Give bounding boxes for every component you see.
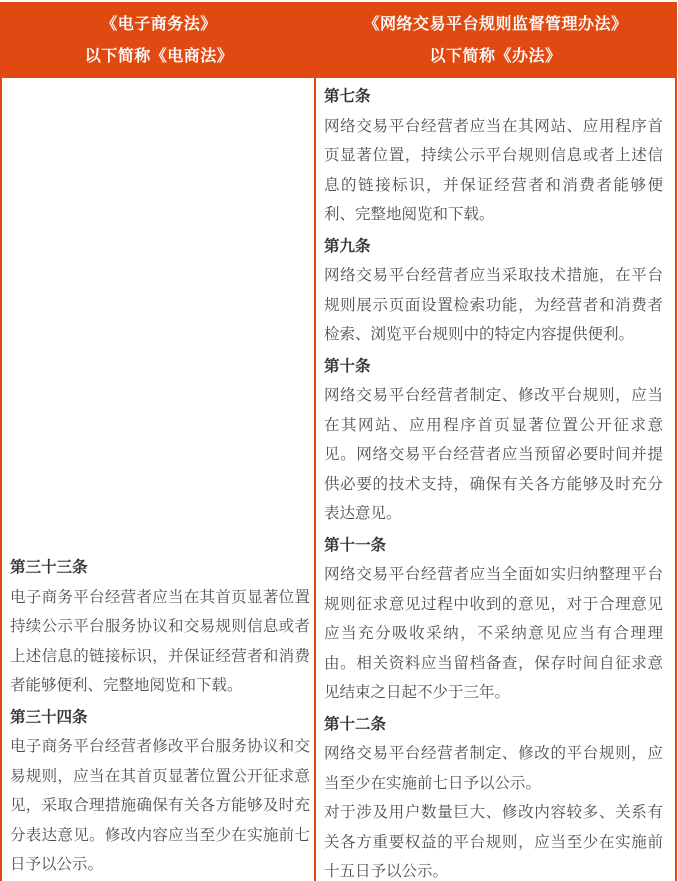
article-paragraph: 网络交易平台经营者应当在其网站、应用程序首页显著位置，持续公示平台规则信息或者上… [324,112,663,230]
article-paragraph: 电子商务平台经营者应当在其首页显著位置持续公示平台服务协议和交易规则信息或者上述… [10,583,310,701]
article-title: 第十二条 [324,710,663,740]
header-cell-platform-measures: 《网络交易平台规则监督管理办法》 以下简称《办法》 [316,8,675,72]
left-column-content: 第三十三条 电子商务平台经营者应当在其首页显著位置持续公示平台服务协议和交易规则… [10,553,310,880]
column-platform-measures: 第七条 网络交易平台经营者应当在其网站、应用程序首页显著位置，持续公示平台规则信… [316,78,675,881]
article-title: 第三十四条 [10,703,310,733]
column-ecommerce-law: 第三十三条 电子商务平台经营者应当在其首页显著位置持续公示平台服务协议和交易规则… [2,78,316,881]
article-title: 第七条 [324,82,663,112]
header-cell-ecommerce-law: 《电子商务法》 以下简称《电商法》 [2,8,316,72]
article-title: 第三十三条 [10,553,310,583]
header-law-subtitle-right: 以下简称《办法》 [316,40,675,72]
article-paragraph: 网络交易平台经营者应当采取技术措施，在平台规则展示页面设置检索功能，为经营者和消… [324,261,663,350]
comparison-table: 《电子商务法》 以下简称《电商法》 《网络交易平台规则监督管理办法》 以下简称《… [0,2,677,881]
article-title: 第九条 [324,232,663,262]
header-law-title-left: 《电子商务法》 [2,8,316,40]
document-viewport: 《电子商务法》 以下简称《电商法》 《网络交易平台规则监督管理办法》 以下简称《… [0,0,678,881]
article-title: 第十条 [324,352,663,382]
right-column-content: 第七条 网络交易平台经营者应当在其网站、应用程序首页显著位置，持续公示平台规则信… [324,82,663,881]
article-paragraph: 网络交易平台经营者制定、修改平台规则，应当在其网站、应用程序首页显著位置公开征求… [324,381,663,529]
article-paragraph: 网络交易平台经营者应当全面如实归纳整理平台规则征求意见过程中收到的意见，对于合理… [324,560,663,708]
table-body-row: 第三十三条 电子商务平台经营者应当在其首页显著位置持续公示平台服务协议和交易规则… [2,78,675,881]
article-paragraph: 网络交易平台经营者制定、修改的平台规则，应当至少在实施前七日予以公示。 [324,739,663,798]
header-law-title-right: 《网络交易平台规则监督管理办法》 [316,8,675,40]
table-header-row: 《电子商务法》 以下简称《电商法》 《网络交易平台规则监督管理办法》 以下简称《… [2,2,675,78]
header-law-subtitle-left: 以下简称《电商法》 [2,40,316,72]
article-paragraph: 电子商务平台经营者修改平台服务协议和交易规则，应当在其首页显著位置公开征求意见，… [10,732,310,880]
article-paragraph: 对于涉及用户数量巨大、修改内容较多、关系有关各方重要权益的平台规则，应当至少在实… [324,798,663,881]
article-title: 第十一条 [324,531,663,561]
